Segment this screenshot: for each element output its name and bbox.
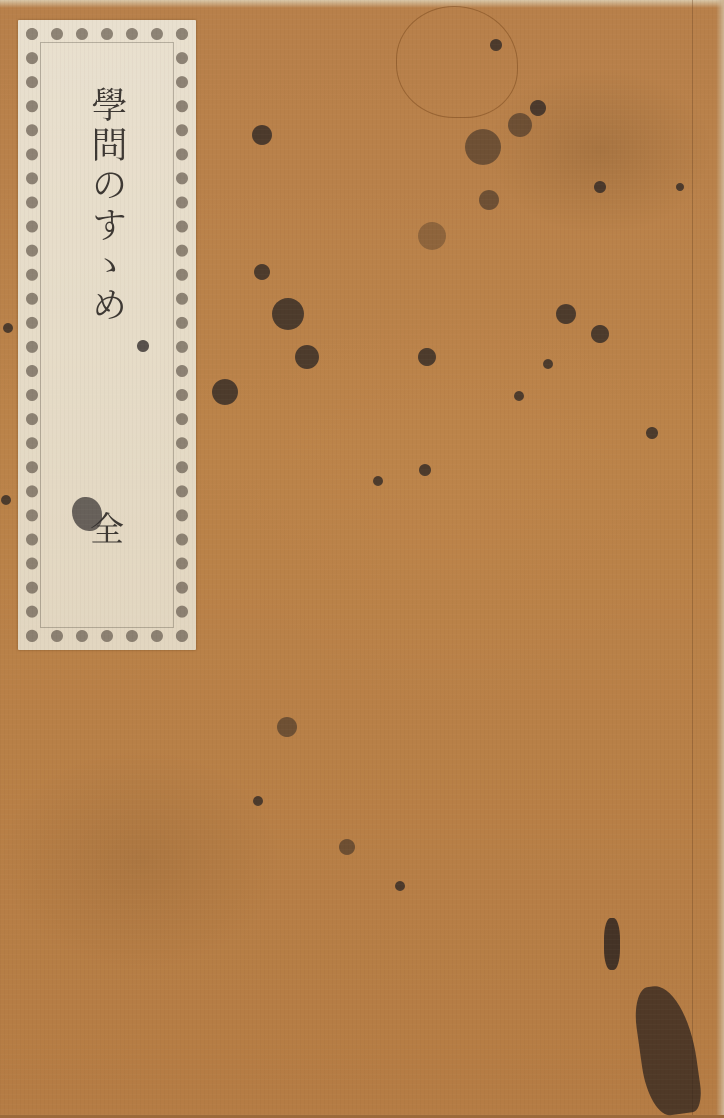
ink-spot	[373, 476, 383, 486]
ink-smear-small	[604, 918, 620, 970]
page-edge-line	[692, 0, 693, 1115]
ink-spot	[556, 304, 576, 324]
ink-spot	[277, 717, 297, 737]
ink-spot	[530, 100, 546, 116]
ink-spot	[676, 183, 684, 191]
ink-spot	[418, 348, 436, 366]
ink-spot	[272, 298, 304, 330]
ink-spot	[514, 391, 524, 401]
ink-spot	[252, 125, 272, 145]
ink-spot	[508, 113, 532, 137]
ink-spot	[295, 345, 319, 369]
ink-spot	[465, 129, 501, 165]
ink-spot	[254, 264, 270, 280]
ink-spot	[3, 323, 13, 333]
cover-right-edge	[716, 0, 724, 1115]
title-slip: 學問のすゝめ 全	[18, 20, 196, 650]
water-stain-ring	[396, 6, 518, 118]
ink-spot	[418, 222, 446, 250]
ink-spot	[479, 190, 499, 210]
ink-spot	[646, 427, 658, 439]
ink-spot	[137, 340, 149, 352]
ink-spot	[339, 839, 355, 855]
book-cover: 學問のすゝめ 全	[0, 0, 724, 1115]
ink-spot	[591, 325, 609, 343]
ink-spot	[594, 181, 606, 193]
book-title: 學問のすゝめ	[82, 86, 132, 326]
cover-top-edge	[0, 0, 724, 8]
ink-spot	[212, 379, 238, 405]
ink-spot	[543, 359, 553, 369]
ink-spot	[395, 881, 405, 891]
ink-spot	[253, 796, 263, 806]
ink-spot	[419, 464, 431, 476]
ink-spot	[1, 495, 11, 505]
